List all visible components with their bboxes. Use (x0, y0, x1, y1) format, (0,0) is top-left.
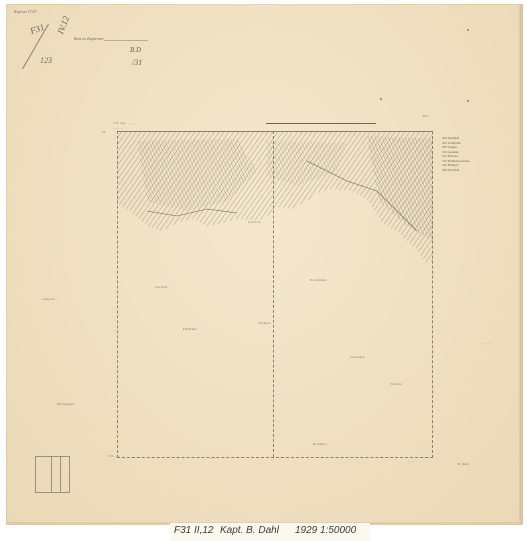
bottom-coord: ... ... (210, 456, 217, 460)
sheet-title-label: F31 II,12 Kapt. B. Dahl 1929 1:50000 (170, 523, 370, 541)
grid-header: 5 W. ang. ... ... (113, 121, 134, 125)
place-label: Krokmyra (313, 442, 327, 446)
legend: 300 Nordfjell 302 Somfjellet 306 Lyngen … (442, 136, 470, 172)
corner-label: 53 (102, 130, 105, 134)
margin-note: B. Dahl (458, 462, 469, 466)
scale-bar (266, 123, 376, 124)
pencil-note: /31 (132, 58, 142, 67)
sheet-index-diagram (35, 456, 70, 493)
terrain-hachures (117, 131, 433, 266)
corner-label: Kvf. (423, 114, 429, 118)
index-divider (51, 457, 52, 492)
place-label: Bjørnhaugen (57, 402, 75, 406)
place-label: Storfjeld (155, 285, 167, 289)
place-label: Gaasvatn (248, 220, 261, 224)
pencil-note: Kart av Kapteinen (74, 36, 104, 41)
place-label: Stormyra (258, 321, 271, 325)
place-label: Vestvatn (390, 382, 402, 386)
place-label: Langvatn (42, 297, 55, 301)
margin-note: ... ... (482, 340, 490, 345)
marker-dot (467, 29, 469, 31)
bottom-coord: Tid ... ... (108, 454, 120, 458)
map-scale: 1:50000 (320, 525, 356, 536)
pencil-note: 123 (40, 56, 52, 65)
bottom-coord: ... ... (408, 459, 415, 463)
pencil-underline (104, 40, 148, 41)
pencil-note: B.D (130, 46, 141, 54)
marker-dot (380, 98, 382, 100)
pencil-note: IV.12 (55, 15, 71, 36)
grid-header: ... ... ... (113, 126, 123, 130)
index-divider (60, 457, 61, 492)
bottom-coord: ... (270, 458, 273, 462)
legend-item: 328 Nordfjell (442, 168, 470, 173)
marker-dot (467, 100, 469, 102)
place-label: Sørhaugen (350, 355, 365, 359)
surveyor: Kapt. B. Dahl (220, 525, 279, 536)
survey-year: 1929 (295, 525, 317, 536)
top-left-note: Kopi av 17.8? (14, 9, 37, 14)
sheet-id: F31 II,12 (174, 525, 213, 536)
place-label: Nordbakken (310, 278, 327, 282)
place-label: Fjeldbekk (183, 327, 197, 331)
